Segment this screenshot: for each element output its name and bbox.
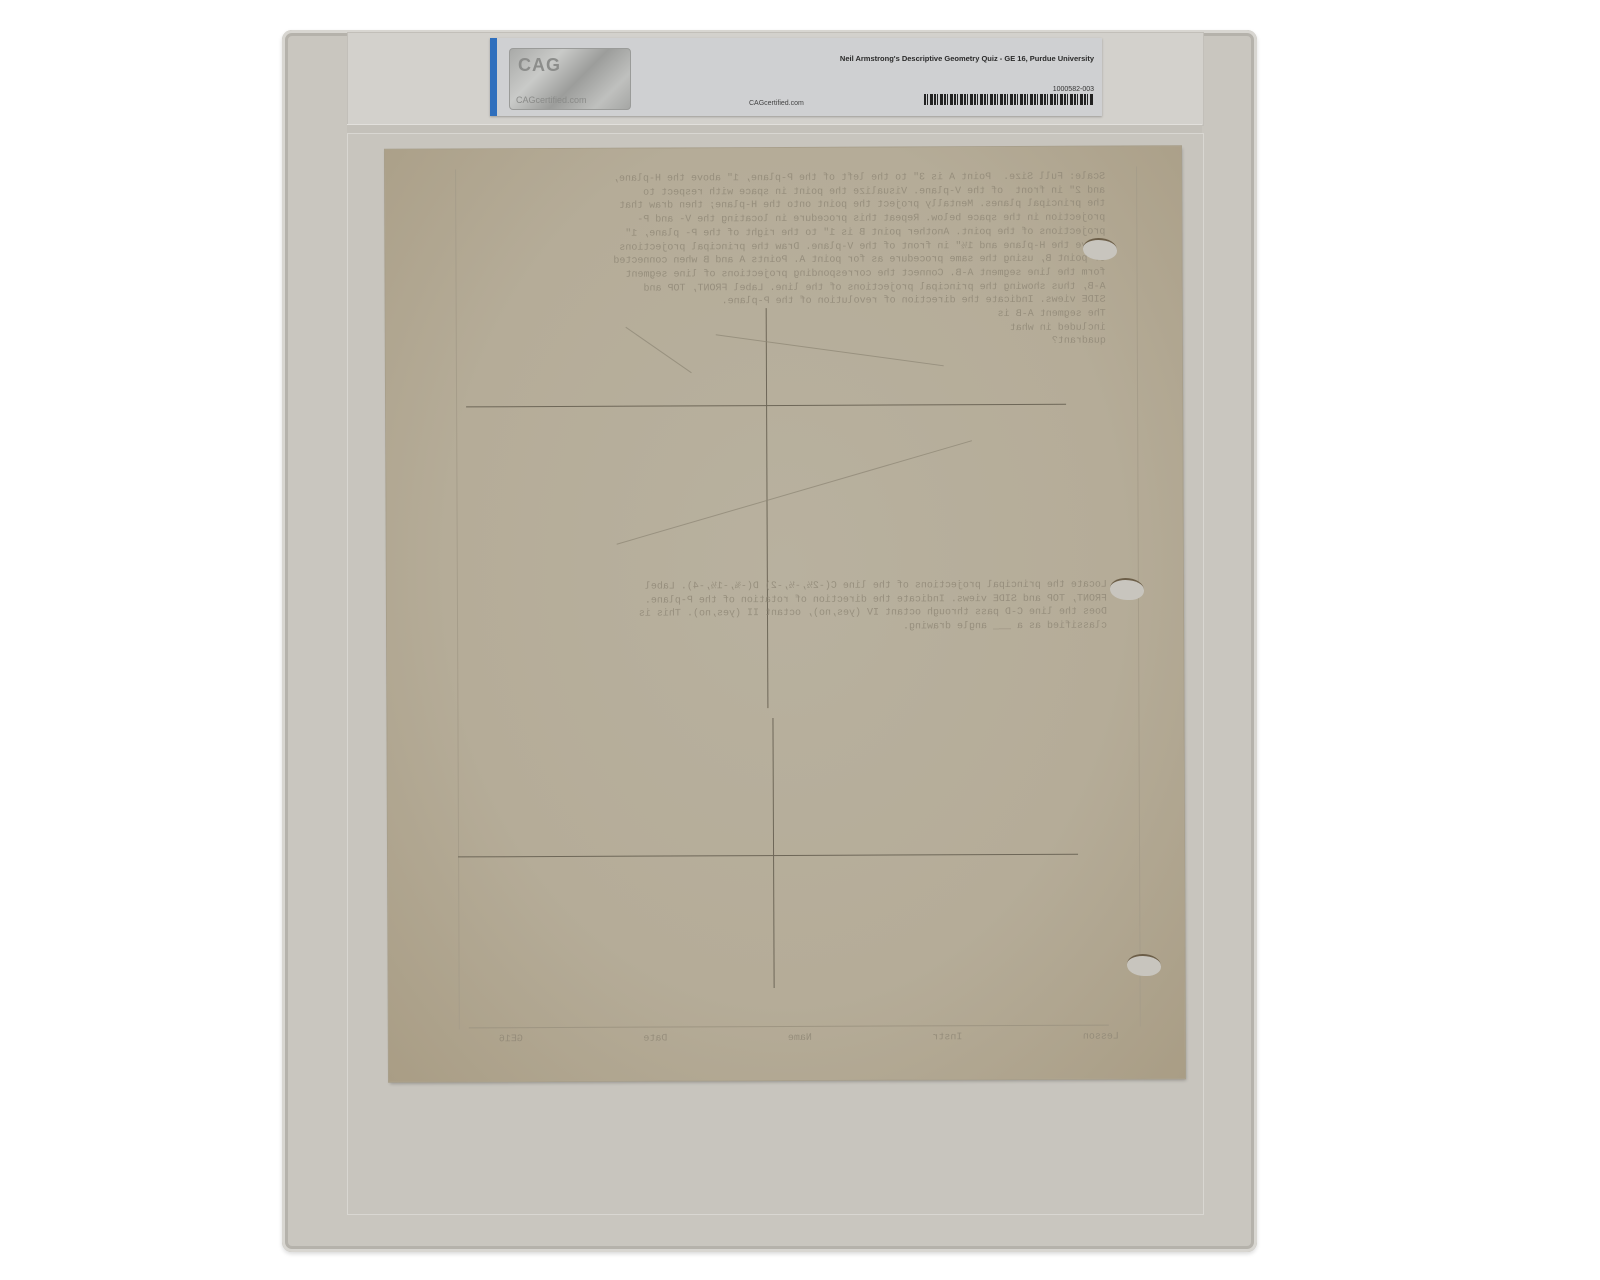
hologram-url: CAGcertified.com — [516, 95, 587, 105]
barcode-icon — [924, 94, 1094, 105]
problem-1-text: Scale: Full Size. Point A is 3" to the l… — [465, 171, 1106, 352]
footer-name-label: Name — [788, 1032, 812, 1046]
cert-number: 1000582-003 — [1053, 86, 1094, 93]
hologram-sticker: CAG CAGcertified.com — [509, 48, 631, 110]
quiz-sheet: Scale: Full Size. Point A is 3" to the l… — [385, 146, 1185, 1081]
footer-line: Lesson Instr Name Date GE16 — [499, 1031, 1119, 1047]
punch-hole — [1110, 578, 1144, 600]
footer-lesson-label: Lesson — [1083, 1031, 1119, 1045]
label-website: CAGcertified.com — [749, 100, 804, 107]
certification-label: CAG CAGcertified.com Neil Armstrong's De… — [490, 38, 1102, 116]
footer-date-label: Date — [643, 1033, 667, 1047]
label-title: Neil Armstrong's Descriptive Geometry Qu… — [840, 54, 1094, 63]
punch-hole — [1127, 954, 1161, 976]
hologram-logo: CAG — [518, 55, 561, 76]
problem-2-text: Locate the principal projections of the … — [457, 579, 1107, 637]
punch-hole — [1083, 238, 1117, 260]
footer-lesson-value: Instr — [932, 1031, 962, 1045]
footer-course-label: GE16 — [499, 1033, 523, 1047]
